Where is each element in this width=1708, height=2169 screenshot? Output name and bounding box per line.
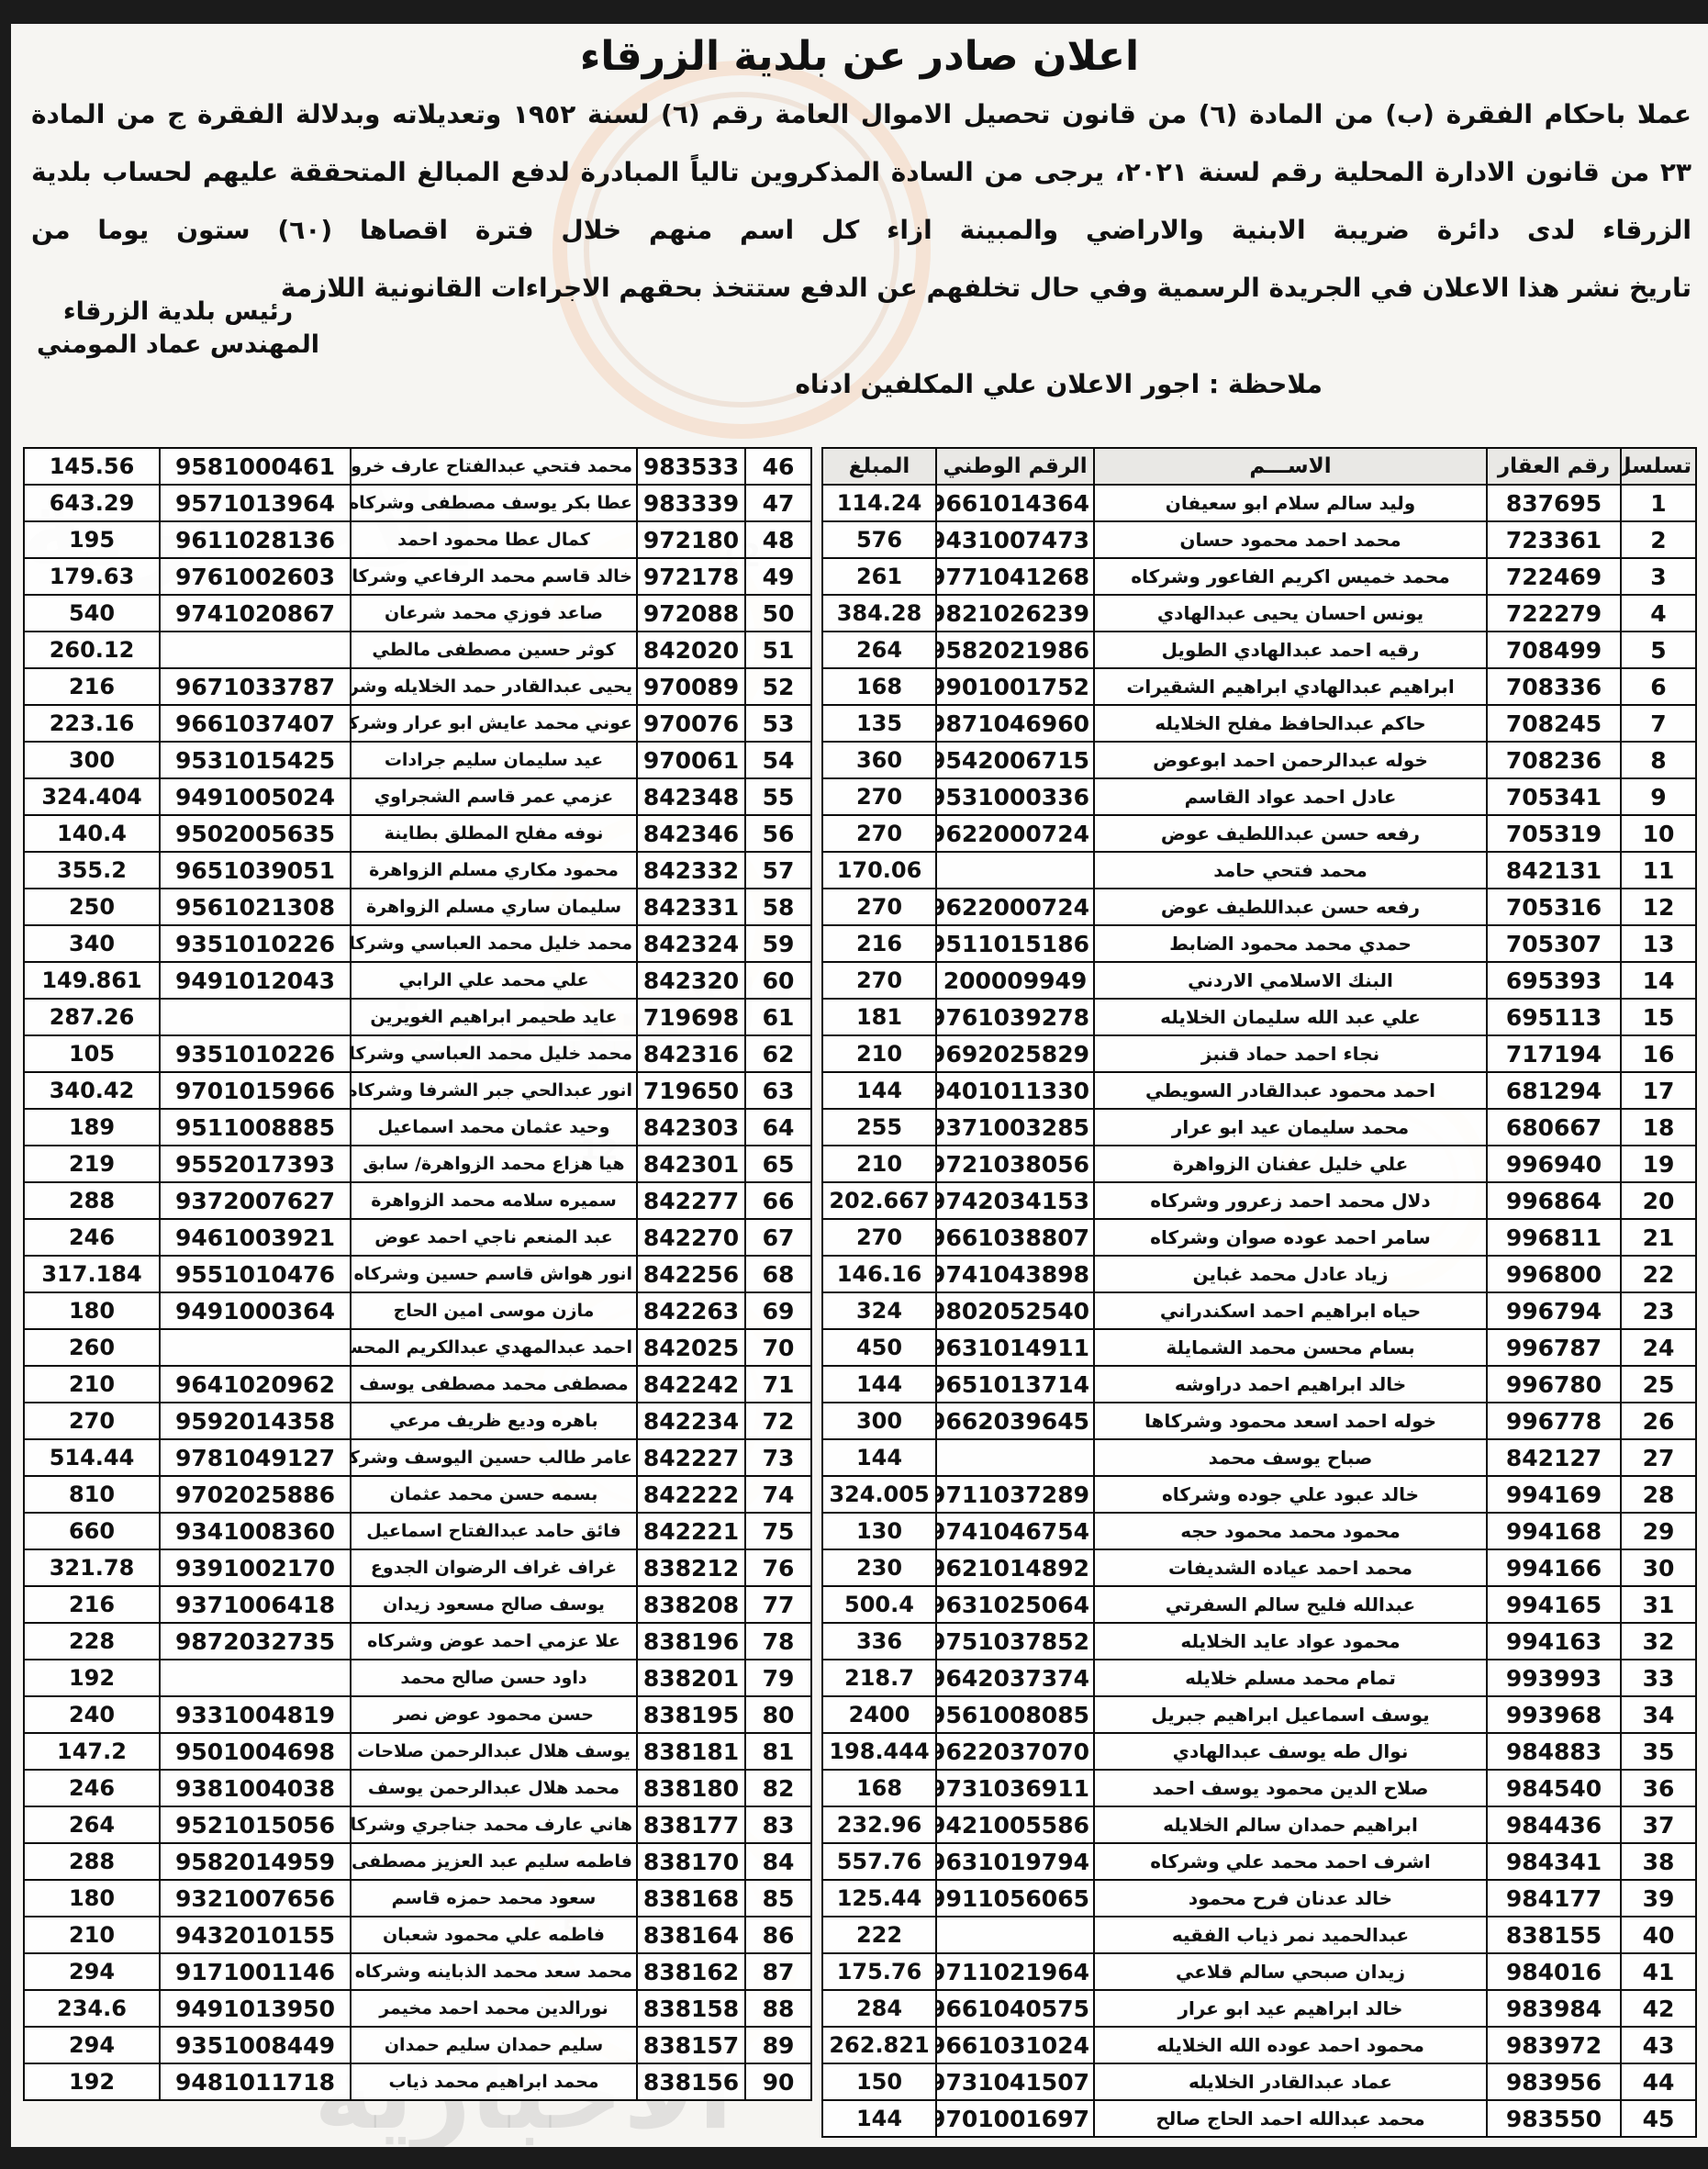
cell-national: 9641020962 [160,1366,351,1403]
cell-serial: 62 [745,1035,811,1072]
cell-name: البنك الاسلامي الاردني [1094,962,1487,999]
table-row: 1837695وليد سالم سلام ابو سعيفان96610143… [822,485,1696,521]
cell-property: 681294 [1487,1072,1621,1109]
cell-serial: 71 [745,1366,811,1403]
table-row: 40838155عبدالحميد نمر ذياب الفقيه222 [822,1917,1696,1953]
cell-property: 842242 [637,1366,745,1403]
cell-name: وليد سالم سلام ابو سعيفان [1094,485,1487,521]
cell-serial: 55 [745,778,811,815]
cell-national: 9661014364 [936,485,1094,521]
cell-name: محمد احمد عياده الشديفات [1094,1549,1487,1586]
table-row: 31994165عبدالله فليح سالم السفرتي9631025… [822,1586,1696,1623]
cell-serial: 41 [1621,1953,1696,1990]
cell-national: 9421005586 [936,1806,1094,1843]
cell-serial: 8 [1621,742,1696,778]
cell-national: 9351008449 [160,2027,351,2063]
cell-amount: 135 [822,705,936,742]
cell-amount: 576 [822,521,936,558]
cell-amount: 240 [24,1696,160,1733]
cell-name: خالد ابراهيم عيد ابو عرار [1094,1990,1487,2027]
cell-national: 9481011718 [160,2063,351,2100]
taxpayer-table-left: 46983533محمد فتحي عبدالفتاح عارف خرواط و… [23,447,812,2101]
cell-name: محمد فتحي حامد [1094,852,1487,889]
cell-national: 9521015056 [160,1806,351,1843]
cell-national: 9662039645 [936,1403,1094,1439]
cell-amount: 270 [822,962,936,999]
cell-serial: 43 [1621,2027,1696,2063]
cell-property: 705307 [1487,925,1621,962]
cell-serial: 46 [745,448,811,485]
cell-name: خالد عبود علي جوده وشركاه [1094,1476,1487,1513]
cell-name: محمد سعد محمد الذباينه وشركاه [351,1953,637,1990]
cell-amount: 144 [822,1439,936,1476]
table-row: 58842331سليمان ساري مسلم الزواهرة9561021… [24,889,811,925]
cell-property: 837695 [1487,485,1621,521]
table-row: 50972088صاعد فوزي محمد شرعان974102086754… [24,595,811,632]
cell-serial: 75 [745,1513,811,1549]
cell-national: 9701001697 [936,2100,1094,2137]
cell-serial: 1 [1621,485,1696,521]
cell-serial: 69 [745,1292,811,1329]
table-row: 69842263مازن موسى امين الحاج949100036418… [24,1292,811,1329]
body-line-2: ٢٣ من قانون الادارة المحلية رقم لسنة ٢٠٢… [31,143,1691,201]
cell-name: حسن محمود عوض نصر [351,1696,637,1733]
signature-block: رئيس بلدية الزرقاء المهندس عماد المومني [37,296,319,362]
cell-amount: 317.184 [24,1256,160,1292]
cell-name: خالد قاسم محمد الرفاعي وشركاه [351,558,637,595]
cell-serial: 78 [745,1623,811,1660]
cell-national [160,632,351,668]
cell-property: 842324 [637,925,745,962]
cell-property: 984540 [1487,1770,1621,1806]
table-row: 87838162محمد سعد محمد الذباينه وشركاه917… [24,1953,811,1990]
cell-national [936,852,1094,889]
cell-name: صباح يوسف محمد [1094,1439,1487,1476]
cell-serial: 49 [745,558,811,595]
table-row: 61719698عايد طحيمر ابراهيم الغويرين287.2… [24,999,811,1035]
cell-property: 719650 [637,1072,745,1109]
table-row: 46983533محمد فتحي عبدالفتاح عارف خرواط و… [24,448,811,485]
cell-amount: 514.44 [24,1439,160,1476]
table-row: 20996864دلال محمد احمد زعرور وشركاه97420… [822,1182,1696,1219]
cell-property: 983972 [1487,2027,1621,2063]
cell-property: 842222 [637,1476,745,1513]
cell-name: تمام محمد مسلم خلايله [1094,1660,1487,1696]
cell-amount: 144 [822,1366,936,1403]
cell-amount: 130 [822,1513,936,1549]
cell-serial: 39 [1621,1880,1696,1917]
cell-national: 9561008085 [936,1696,1094,1733]
cell-name: خالد ابراهيم احمد دراوشه [1094,1366,1487,1403]
cell-amount: 300 [24,742,160,778]
cell-serial: 86 [745,1917,811,1953]
cell-name: محمد ابراهيم محمد ذياب [351,2063,637,2100]
cell-national [936,1917,1094,1953]
cell-amount: 246 [24,1770,160,1806]
cell-amount: 192 [24,1660,160,1696]
cell-name: انور هواش قاسم حسين وشركاه [351,1256,637,1292]
cell-amount: 114.24 [822,485,936,521]
cell-national: 9731036911 [936,1770,1094,1806]
table-row: 42983984خالد ابراهيم عيد ابو عرار9661040… [822,1990,1696,2027]
cell-property: 842316 [637,1035,745,1072]
cell-property: 983533 [637,448,745,485]
cell-amount: 147.2 [24,1733,160,1770]
cell-property: 838155 [1487,1917,1621,1953]
cell-amount: 284 [822,1990,936,2027]
cell-serial: 5 [1621,632,1696,668]
table-row: 55842348عزمي عمر قاسم الشجراوي9491005024… [24,778,811,815]
cell-national: 9622037070 [936,1733,1094,1770]
cell-national: 9381004038 [160,1770,351,1806]
cell-national: 9491000364 [160,1292,351,1329]
cell-national: 9642037374 [936,1660,1094,1696]
fees-note: ملاحظة : اجور الاعلان علي المكلفين ادناه [795,369,1323,399]
table-row: 41984016زيدان صبحي سالم قلاعي97110219641… [822,1953,1696,1990]
table-row: 25996780خالد ابراهيم احمد دراوشه96510137… [822,1366,1696,1403]
cell-serial: 34 [1621,1696,1696,1733]
cell-name: كوثر حسين مصطفى مالطي [351,632,637,668]
cell-national: 9432010155 [160,1917,351,1953]
col-header-amount: المبلغ [822,448,936,485]
cell-name: علا عزمي احمد عوض وشركاه [351,1623,637,1660]
cell-national: 9622000724 [936,815,1094,852]
table-row: 82838180محمد هلال عبدالرحمن يوسف93810040… [24,1770,811,1806]
cell-serial: 4 [1621,595,1696,632]
signature-name: المهندس عماد المومني [37,329,319,362]
cell-amount: 261 [822,558,936,595]
table-row: 74842222بسمه حسن محمد عثمان9702025886810 [24,1476,811,1513]
cell-amount: 144 [822,2100,936,2137]
table-row: 48972180كمال عطا محمود احمد9611028136195 [24,521,811,558]
cell-name: يونس احسان يحيى عبدالهادي [1094,595,1487,632]
cell-serial: 85 [745,1880,811,1917]
signature-title: رئيس بلدية الزرقاء [37,296,319,329]
cell-property: 842331 [637,889,745,925]
cell-amount: 144 [822,1072,936,1109]
cell-name: عماد عبدالقادر الخلايله [1094,2063,1487,2100]
cell-national: 9542006715 [936,742,1094,778]
cell-name: مصطفى محمد مصطفى يوسف [351,1366,637,1403]
cell-amount: 192 [24,2063,160,2100]
table-row: 45983550محمد عبدالله احمد الحاج صالح9701… [822,2100,1696,2137]
cell-amount: 181 [822,999,936,1035]
cell-national: 9372007627 [160,1182,351,1219]
table-row: 4722279يونس احسان يحيى عبدالهادي98210262… [822,595,1696,632]
cell-amount: 216 [822,925,936,962]
table-row: 38984341اشرف احمد محمد علي وشركاه9631019… [822,1843,1696,1880]
cell-national [160,1329,351,1366]
cell-amount: 222 [822,1917,936,1953]
cell-amount: 336 [822,1623,936,1660]
cell-serial: 61 [745,999,811,1035]
cell-property: 838180 [637,1770,745,1806]
table-row: 10705319رفعه حسن عبداللطيف عوض9622000724… [822,815,1696,852]
cell-serial: 50 [745,595,811,632]
cell-name: عامر طالب حسين اليوسف وشركاه [351,1439,637,1476]
table-row: 62842316محمد خليل محمد العباسي وشركاه935… [24,1035,811,1072]
cell-serial: 77 [745,1586,811,1623]
cell-serial: 79 [745,1660,811,1696]
cell-amount: 270 [24,1403,160,1439]
cell-serial: 23 [1621,1292,1696,1329]
cell-property: 970076 [637,705,745,742]
cell-serial: 88 [745,1990,811,2027]
table-row: 13705307حمدي محمد محمود الضابط9511015186… [822,925,1696,962]
cell-national: 9671033787 [160,668,351,705]
cell-amount: 149.861 [24,962,160,999]
cell-national: 9741046754 [936,1513,1094,1549]
taxpayer-table-right: تسلسل رقم العقار الاســـم الرقم الوطني ا… [821,447,1697,2138]
cell-name: هيا هزاع محمد الزواهرة/ سابق [351,1146,637,1182]
cell-name: محمد خليل محمد العباسي وشركاه [351,1035,637,1072]
table-row: 33993993تمام محمد مسلم خلايله96420373742… [822,1660,1696,1696]
cell-name: عبدالحميد نمر ذياب الفقيه [1094,1917,1487,1953]
cell-serial: 80 [745,1696,811,1733]
cell-national: 9701015966 [160,1072,351,1109]
table-row: 30994166محمد احمد عياده الشديفات96210148… [822,1549,1696,1586]
cell-amount: 216 [24,668,160,705]
cell-serial: 84 [745,1843,811,1880]
cell-amount: 210 [24,1366,160,1403]
cell-name: سامر احمد عوده صوان وشركاه [1094,1219,1487,1256]
table-row: 90838156محمد ابراهيم محمد ذياب9481011718… [24,2063,811,2100]
cell-national: 9391002170 [160,1549,351,1586]
col-header-property: رقم العقار [1487,448,1621,485]
col-header-name: الاســـم [1094,448,1487,485]
cell-name: يوسف هلال عبدالرحمن صلاحات [351,1733,637,1770]
cell-property: 842301 [637,1146,745,1182]
cell-property: 708499 [1487,632,1621,668]
cell-national: 9582021986 [936,632,1094,668]
cell-property: 972180 [637,521,745,558]
cell-serial: 66 [745,1182,811,1219]
cell-amount: 230 [822,1549,936,1586]
col-header-national: الرقم الوطني [936,448,1094,485]
cell-amount: 228 [24,1623,160,1660]
cell-national: 9531015425 [160,742,351,778]
cell-national: 9561021308 [160,889,351,925]
cell-property: 984883 [1487,1733,1621,1770]
table-row: 51842020كوثر حسين مصطفى مالطي260.12 [24,632,811,668]
cell-property: 842020 [637,632,745,668]
table-row: 49972178خالد قاسم محمد الرفاعي وشركاه976… [24,558,811,595]
cell-property: 722279 [1487,595,1621,632]
cell-national: 9592014358 [160,1403,351,1439]
cell-serial: 21 [1621,1219,1696,1256]
cell-property: 838177 [637,1806,745,1843]
table-row: 19996940علي خليل عفنان الزواهرة972103805… [822,1146,1696,1182]
cell-national: 9771041268 [936,558,1094,595]
table-row: 83838177هاني عارف محمد جناجري وشركاه9521… [24,1806,811,1843]
cell-serial: 9 [1621,778,1696,815]
cell-serial: 3 [1621,558,1696,595]
cell-name: محمد عبدالله احمد الحاج صالح [1094,2100,1487,2137]
cell-amount: 294 [24,2027,160,2063]
cell-name: ابراهيم حمدان سالم الخلايله [1094,1806,1487,1843]
cell-name: محمود محمد محمود حجه [1094,1513,1487,1549]
table-row: 81838181يوسف هلال عبدالرحمن صلاحات950100… [24,1733,811,1770]
cell-property: 842025 [637,1329,745,1366]
cell-serial: 24 [1621,1329,1696,1366]
cell-serial: 15 [1621,999,1696,1035]
cell-serial: 10 [1621,815,1696,852]
cell-national: 9581000461 [160,448,351,485]
cell-property: 984436 [1487,1806,1621,1843]
cell-national: 9502005635 [160,815,351,852]
cell-amount: 294 [24,1953,160,1990]
cell-name: خوله احمد اسعد محمود وشركاها [1094,1403,1487,1439]
cell-serial: 25 [1621,1366,1696,1403]
table-row: 85838168سعود محمد حمزه قاسم9321007656180 [24,1880,811,1917]
cell-property: 996940 [1487,1146,1621,1182]
cell-serial: 6 [1621,668,1696,705]
cell-property: 838208 [637,1586,745,1623]
table-row: 14695393البنك الاسلامي الاردني2000099492… [822,962,1696,999]
cell-national: 9331004819 [160,1696,351,1733]
cell-amount: 540 [24,595,160,632]
cell-amount: 287.26 [24,999,160,1035]
cell-amount: 355.2 [24,852,160,889]
cell-property: 842277 [637,1182,745,1219]
cell-serial: 11 [1621,852,1696,889]
cell-serial: 2 [1621,521,1696,558]
cell-serial: 26 [1621,1403,1696,1439]
cell-national: 9761002603 [160,558,351,595]
cell-national: 9651013714 [936,1366,1094,1403]
cell-name: عايد طحيمر ابراهيم الغويرين [351,999,637,1035]
cell-serial: 89 [745,2027,811,2063]
cell-national: 9661040575 [936,1990,1094,2027]
cell-national: 9761039278 [936,999,1094,1035]
announcement-body: عملا باحكام الفقرة (ب) من المادة (٦) من … [31,85,1691,317]
cell-serial: 30 [1621,1549,1696,1586]
cell-serial: 47 [745,485,811,521]
table-row: 7708245حاكم عبدالحافظ مفلح الخلايله98710… [822,705,1696,742]
cell-amount: 810 [24,1476,160,1513]
cell-amount: 450 [822,1329,936,1366]
cell-property: 983339 [637,485,745,521]
table-row: 54970061عيد سليمان سليم جرادات9531015425… [24,742,811,778]
table-row: 39984177خالد عدنان فرح محمود991105606512… [822,1880,1696,1917]
cell-serial: 52 [745,668,811,705]
cell-name: زياد عادل محمد غباين [1094,1256,1487,1292]
cell-national: 9631025064 [936,1586,1094,1623]
cell-national [936,1439,1094,1476]
body-line-1: عملا باحكام الفقرة (ب) من المادة (٦) من … [31,85,1691,143]
cell-property: 708236 [1487,742,1621,778]
cell-serial: 45 [1621,2100,1696,2137]
cell-name: خالد عدنان فرح محمود [1094,1880,1487,1917]
cell-property: 996787 [1487,1329,1621,1366]
table-row: 80838195حسن محمود عوض نصر9331004819240 [24,1696,811,1733]
table-row: 29994168محمود محمد محمود حجه974104675413… [822,1513,1696,1549]
cell-property: 996811 [1487,1219,1621,1256]
cell-name: محمد خميس اكريم الفاعور وشركاه [1094,558,1487,595]
cell-amount: 180 [24,1292,160,1329]
cell-name: حمدي محمد محمود الضابط [1094,925,1487,962]
cell-serial: 42 [1621,1990,1696,2027]
cell-property: 996864 [1487,1182,1621,1219]
cell-name: يحيى عبدالقادر حمد الخلايله وشركاه [351,668,637,705]
table-row: 60842320علي محمد علي الرابي9491012043149… [24,962,811,999]
cell-property: 994163 [1487,1623,1621,1660]
cell-serial: 20 [1621,1182,1696,1219]
cell-serial: 12 [1621,889,1696,925]
table-row: 28994169خالد عبود علي جوده وشركاه9711037… [822,1476,1696,1513]
cell-national: 9631019794 [936,1843,1094,1880]
table-row: 75842221فائق حامد عبدالفتاح اسماعيل93410… [24,1513,811,1549]
cell-national: 9661037407 [160,705,351,742]
cell-serial: 74 [745,1476,811,1513]
cell-name: زيدان صبحي سالم قلاعي [1094,1953,1487,1990]
cell-national: 9821026239 [936,595,1094,632]
table-row: 36984540صلاح الدين محمود يوسف احمد973103… [822,1770,1696,1806]
cell-national: 9651039051 [160,852,351,889]
cell-property: 695113 [1487,999,1621,1035]
cell-amount: 255 [822,1109,936,1146]
cell-property: 996800 [1487,1256,1621,1292]
table-row: 84838170فاطمه سليم عبد العزيز مصطفى وشرك… [24,1843,811,1880]
cell-name: حياه ابراهيم احمد اسكندراني [1094,1292,1487,1329]
cell-name: دلال محمد احمد زعرور وشركاه [1094,1182,1487,1219]
cell-national: 9751037852 [936,1623,1094,1660]
cell-serial: 14 [1621,962,1696,999]
cell-property: 708336 [1487,668,1621,705]
cell-serial: 90 [745,2063,811,2100]
cell-national: 9741020867 [160,595,351,632]
cell-serial: 44 [1621,2063,1696,2100]
cell-property: 842320 [637,962,745,999]
cell-property: 838181 [637,1733,745,1770]
table-row: 6708336ابراهيم عبدالهادي ابراهيم الشقيرا… [822,668,1696,705]
cell-property: 842234 [637,1403,745,1439]
cell-property: 972088 [637,595,745,632]
cell-name: رفعه حسن عبداللطيف عوض [1094,889,1487,925]
cell-serial: 76 [745,1549,811,1586]
cell-national: 9491005024 [160,778,351,815]
cell-serial: 65 [745,1146,811,1182]
cell-national: 9911056065 [936,1880,1094,1917]
table-row: 53970076عوني محمد عايش ابو عرار وشركاه96… [24,705,811,742]
cell-amount: 145.56 [24,448,160,485]
table-row: 22996800زياد عادل محمد غباين974104389814… [822,1256,1696,1292]
table-row: 8708236خوله عبدالرحمن احمد ابوعوض9542006… [822,742,1696,778]
cell-name: بسمه حسن محمد عثمان [351,1476,637,1513]
cell-national: 9571013964 [160,485,351,521]
cell-amount: 324.404 [24,778,160,815]
table-row: 12705316رفعه حسن عبداللطيف عوض9622000724… [822,889,1696,925]
cell-name: سليم حمدان سليم حمدان [351,2027,637,2063]
cell-amount: 210 [24,1917,160,1953]
table-row: 16717194نجاء احمد حماد قنبز9692025829210 [822,1035,1696,1072]
table-row: 57842332محمود مكاري مسلم الزواهرة9651039… [24,852,811,889]
table-row: 11842131محمد فتحي حامد170.06 [822,852,1696,889]
cell-property: 705319 [1487,815,1621,852]
cell-name: صلاح الدين محمود يوسف احمد [1094,1770,1487,1806]
cell-property: 695393 [1487,962,1621,999]
cell-national: 9741043898 [936,1256,1094,1292]
cell-property: 993968 [1487,1696,1621,1733]
cell-national: 9531000336 [936,778,1094,815]
cell-property: 842263 [637,1292,745,1329]
cell-amount: 246 [24,1219,160,1256]
cell-national: 9731041507 [936,2063,1094,2100]
cell-serial: 83 [745,1806,811,1843]
cell-property: 842303 [637,1109,745,1146]
cell-national: 9661038807 [936,1219,1094,1256]
cell-property: 842348 [637,778,745,815]
